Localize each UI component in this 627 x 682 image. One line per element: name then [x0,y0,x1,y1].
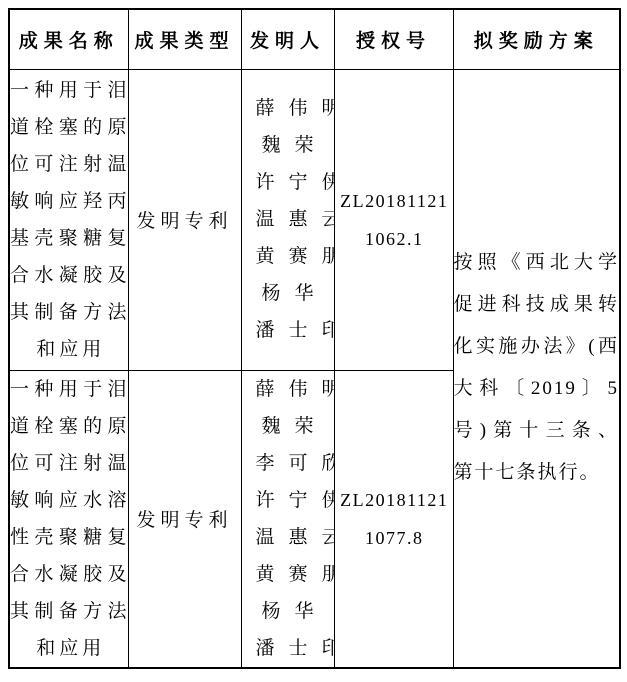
text-line: 敏响应水溶 [10,482,128,519]
text-line: 薛伟明 [242,371,334,408]
text-line: 按照《西北大学 [454,242,620,284]
col-header-achievement-name: 成果名称 [9,9,128,69]
text-line: 促进科技成果转 [454,284,620,326]
text-line: 黄赛朋 [242,238,334,275]
text-line: 道栓塞的原 [10,109,128,146]
text-line: 号)第十三条、 [454,410,620,452]
text-line: 薛伟明 [242,90,334,127]
text-line: 温惠云 [242,519,334,556]
text-line: 1062.1 [335,220,453,258]
text-line: ZL20181121 [335,182,453,220]
col-header-reward-plan: 拟奖励方案 [453,9,620,69]
text-line: 和应用 [10,630,128,667]
col-header-authorization-number: 授权号 [334,9,453,69]
text-line: 黄赛朋 [242,556,334,593]
text-line: 化实施办法》(西 [454,326,620,368]
text-line: 大科〔2019〕5 [454,368,620,410]
text-line: 位可注射温 [10,445,128,482]
authorization-number-cell: ZL201811211077.8 [334,370,453,668]
text-line: 许宁侠 [242,164,334,201]
text-line: 一种用于泪 [10,72,128,109]
results-table: 成果名称 成果类型 发明人 授权号 拟奖励方案 一种用于泪道栓塞的原位可注射温敏… [8,8,621,669]
reward-plan-cell: 按照《西北大学促进科技成果转化实施办法》(西大科〔2019〕5号)第十三条、第十… [453,69,620,668]
col-header-achievement-type: 成果类型 [128,9,241,69]
text-line: 道栓塞的原 [10,408,128,445]
text-line: 位可注射温 [10,146,128,183]
text-line: 合水凝胶及 [10,556,128,593]
text-line: 敏响应羟丙 [10,183,128,220]
table-row-1: 一种用于泪道栓塞的原位可注射温敏响应羟丙基壳聚糖复合水凝胶及其制备方法和应用 发… [9,69,620,370]
text-line: 魏荣 [242,127,334,164]
text-line: 一种用于泪 [10,371,128,408]
text-line: 性壳聚糖复 [10,519,128,556]
text-line: 其制备方法 [10,593,128,630]
achievement-type-cell: 发明专利 [128,370,241,668]
header-row: 成果名称 成果类型 发明人 授权号 拟奖励方案 [9,9,620,69]
text-line: ZL20181121 [335,481,453,519]
text-line: 潘士印 [242,312,334,349]
authorization-number-cell: ZL201811211062.1 [334,69,453,370]
achievement-name-cell: 一种用于泪道栓塞的原位可注射温敏响应水溶性壳聚糖复合水凝胶及其制备方法和应用 [9,370,128,668]
achievement-name-cell: 一种用于泪道栓塞的原位可注射温敏响应羟丙基壳聚糖复合水凝胶及其制备方法和应用 [9,69,128,370]
text-line: 杨华 [242,593,334,630]
achievement-type-cell: 发明专利 [128,69,241,370]
inventors-cell: 薛伟明魏荣许宁侠温惠云黄赛朋杨华潘士印 [241,69,334,370]
text-line: 杨华 [242,275,334,312]
text-line: 基壳聚糖复 [10,220,128,257]
text-line: 合水凝胶及 [10,257,128,294]
text-line: 李可欣 [242,445,334,482]
col-header-inventors: 发明人 [241,9,334,69]
text-line: 魏荣 [242,408,334,445]
text-line: 1077.8 [335,519,453,557]
text-line: 许宁侠 [242,482,334,519]
document-page: 成果名称 成果类型 发明人 授权号 拟奖励方案 一种用于泪道栓塞的原位可注射温敏… [0,0,627,682]
text-line: 温惠云 [242,201,334,238]
text-line: 和应用 [10,331,128,368]
inventors-cell: 薛伟明魏荣李可欣许宁侠温惠云黄赛朋杨华潘士印 [241,370,334,668]
text-line: 第十七条执行。 [454,452,620,494]
text-line: 潘士印 [242,630,334,667]
text-line: 其制备方法 [10,294,128,331]
